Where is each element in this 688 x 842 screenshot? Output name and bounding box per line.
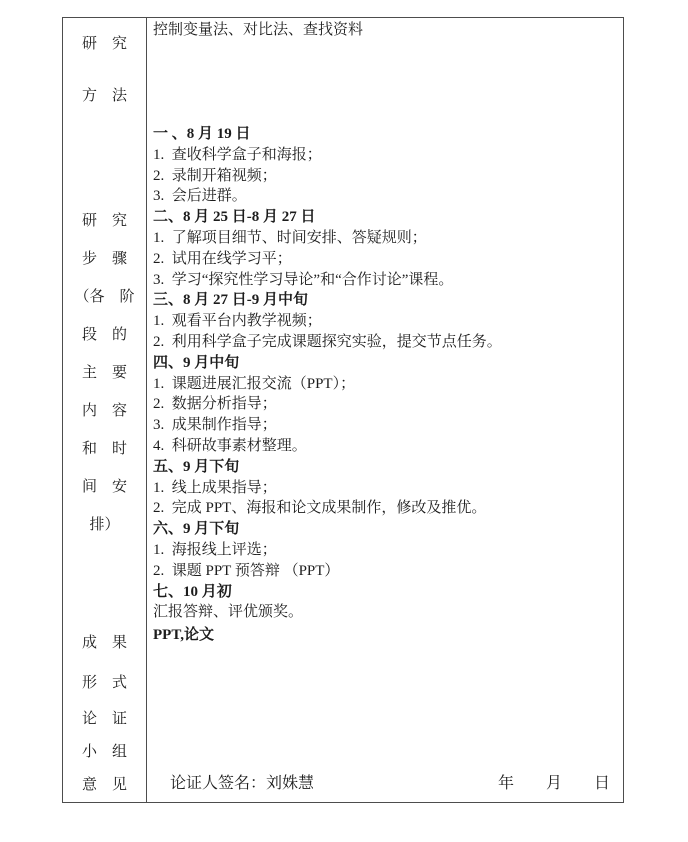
method-content-cell: 控制变量法、对比法、查找资料 [147,18,623,122]
method-content-text: 控制变量法、对比法、查找资料 [153,20,617,41]
steps-label-line: 段 的 [82,316,127,354]
result-content-cell: PPT,论文 [147,623,623,702]
step-item: 3. 学习“探究性学习导论”和“合作讨论”课程。 [153,270,617,291]
steps-label-line: 间 安 [82,468,127,506]
step-section-heading: 一 、8 月 19 日 [153,124,617,145]
step-section-heading: 六、9 月下旬 [153,519,617,540]
steps-label-line: 步 骤 [82,240,127,278]
step-section-heading: 四、9 月中旬 [153,353,617,374]
document-page: 研 究 方 法 控制变量法、对比法、查找资料 研 究 步 骤 （各 阶 段 的 … [0,0,688,842]
step-item: 1. 线上成果指导； [153,478,617,499]
step-item: 汇报答辩、评优颁奖。 [153,602,617,623]
step-section-heading: 二、8 月 25 日-8 月 27 日 [153,207,617,228]
step-item: 1. 海报线上评选； [153,540,617,561]
signature-text: 论证人签名：刘姝慧 [170,773,314,794]
review-label-line: 小 组 [82,736,127,769]
result-content-text: PPT,论文 [153,625,617,646]
step-section-heading: 七、10 月初 [153,582,617,603]
review-content-cell: 论证人签名：刘姝慧 年 月 日 [147,702,623,802]
step-item: 1. 课题进展汇报交流（PPT）； [153,374,617,395]
method-label-line: 方 法 [82,70,127,122]
step-section-heading: 五、9 月下旬 [153,457,617,478]
steps-label-line: （各 阶 [74,278,134,316]
step-item: 2. 试用在线学习平； [153,249,617,270]
step-section-heading: 三、8 月 27 日-9 月中旬 [153,290,617,311]
signature-line: 论证人签名：刘姝慧 年 月 日 [170,773,610,794]
review-label-cell: 论 证 小 组 意 见 [63,702,147,802]
step-item: 1. 了解项目细节、时间安排、答疑规则； [153,228,617,249]
review-label-line: 意 见 [82,769,127,802]
step-item: 2. 数据分析指导； [153,394,617,415]
step-item: 2. 完成 PPT、海报和论文成果制作，修改及推优。 [153,498,617,519]
step-item: 4. 科研故事素材整理。 [153,436,617,457]
steps-label-cell: 研 究 步 骤 （各 阶 段 的 主 要 内 容 和 时 间 安 排） [63,122,147,623]
step-item: 1. 观看平台内教学视频； [153,311,617,332]
result-label-line: 形 式 [82,663,127,703]
steps-label-line: 排） [89,506,119,544]
steps-label-line: 研 究 [82,202,127,240]
steps-content-cell: 一 、8 月 19 日 1. 查收科学盒子和海报； 2. 录制开箱视频； 3. … [147,122,623,623]
step-item: 2. 录制开箱视频； [153,166,617,187]
method-label-cell: 研 究 方 法 [63,18,147,122]
review-label-line: 论 证 [82,703,127,736]
step-item: 2. 课题 PPT 预答辩 （PPT） [153,561,617,582]
step-item: 3. 成果制作指导； [153,415,617,436]
steps-label-line: 内 容 [82,392,127,430]
step-item: 3. 会后进群。 [153,186,617,207]
step-item: 1. 查收科学盒子和海报； [153,145,617,166]
result-label-cell: 成 果 形 式 [63,623,147,702]
method-label-line: 研 究 [82,18,127,70]
steps-label-line: 主 要 [82,354,127,392]
steps-label-line: 和 时 [82,430,127,468]
result-label-line: 成 果 [82,623,127,663]
date-placeholder-text: 年 月 日 [498,773,610,794]
proposal-table: 研 究 方 法 控制变量法、对比法、查找资料 研 究 步 骤 （各 阶 段 的 … [62,17,624,803]
step-item: 2. 利用科学盒子完成课题探究实验，提交节点任务。 [153,332,617,353]
